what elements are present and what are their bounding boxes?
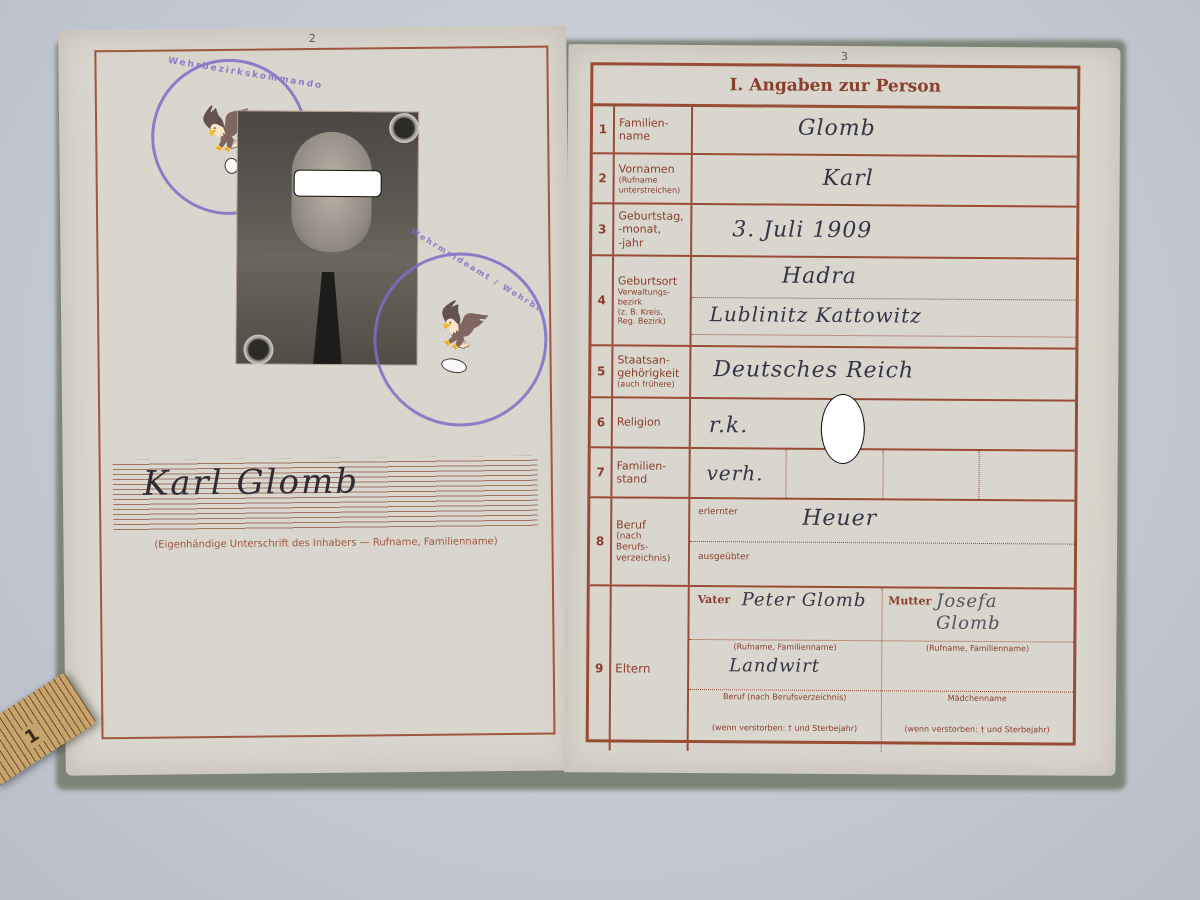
row-citizenship: 5 Staatsan- gehörigkeit (auch frühere) D…	[591, 346, 1075, 401]
row-family-name: 1 Familien- name Glomb	[593, 106, 1077, 157]
right-page: 3 I. Angaben zur Person 1 Familien- name…	[563, 44, 1120, 776]
value-learned-occupation: Heuer	[802, 506, 877, 532]
redaction-dot	[440, 356, 468, 375]
value-religion: r.k.	[709, 413, 749, 438]
row-occupation: 8 Beruf (nach Berufs- verzeichnis) erler…	[590, 498, 1075, 589]
value-birthplace: Hadra	[782, 264, 857, 290]
label-family-name: Familien- name	[619, 116, 687, 143]
row-birthplace: 4 Geburtsort Verwaltungs- bezirk (z. B. …	[591, 256, 1076, 349]
value-family-name: Glomb	[798, 116, 876, 142]
value-first-names: Karl	[823, 166, 874, 191]
value-father-occupation: Landwirt	[729, 655, 820, 677]
value-district: Lublinitz Kattowitz	[710, 302, 922, 327]
grommet-bottom-left	[243, 334, 273, 364]
form-title: I. Angaben zur Person	[593, 65, 1077, 109]
value-marital-status: verh.	[706, 461, 763, 485]
value-father-name: Peter Glomb	[742, 589, 872, 612]
row-first-names: 2 Vornamen (Rufname unterstreichen) Karl	[592, 154, 1076, 207]
holder-signature: Karl Glomb	[143, 462, 360, 504]
page-number-left: 2	[58, 29, 566, 47]
row-parents: 9 Eltern Vater Peter Glomb (Rufname, Fam…	[589, 586, 1074, 753]
row-birth-date: 3 Geburtstag, -monat, -jahr 3. Juli 1909	[592, 204, 1076, 259]
value-citizenship: Deutsches Reich	[713, 357, 914, 383]
value-mother-name: Josefa Glomb	[936, 591, 1066, 636]
grommet-top-right	[389, 113, 419, 143]
eye-redaction-bar	[294, 170, 382, 198]
eagle-icon: 🦅	[431, 301, 493, 355]
value-birth-date: 3. Juli 1909	[732, 217, 872, 243]
left-page: 2 🦅 Wehrbezirkskommando 🦅 Wehrmeldeamt /…	[58, 25, 574, 775]
